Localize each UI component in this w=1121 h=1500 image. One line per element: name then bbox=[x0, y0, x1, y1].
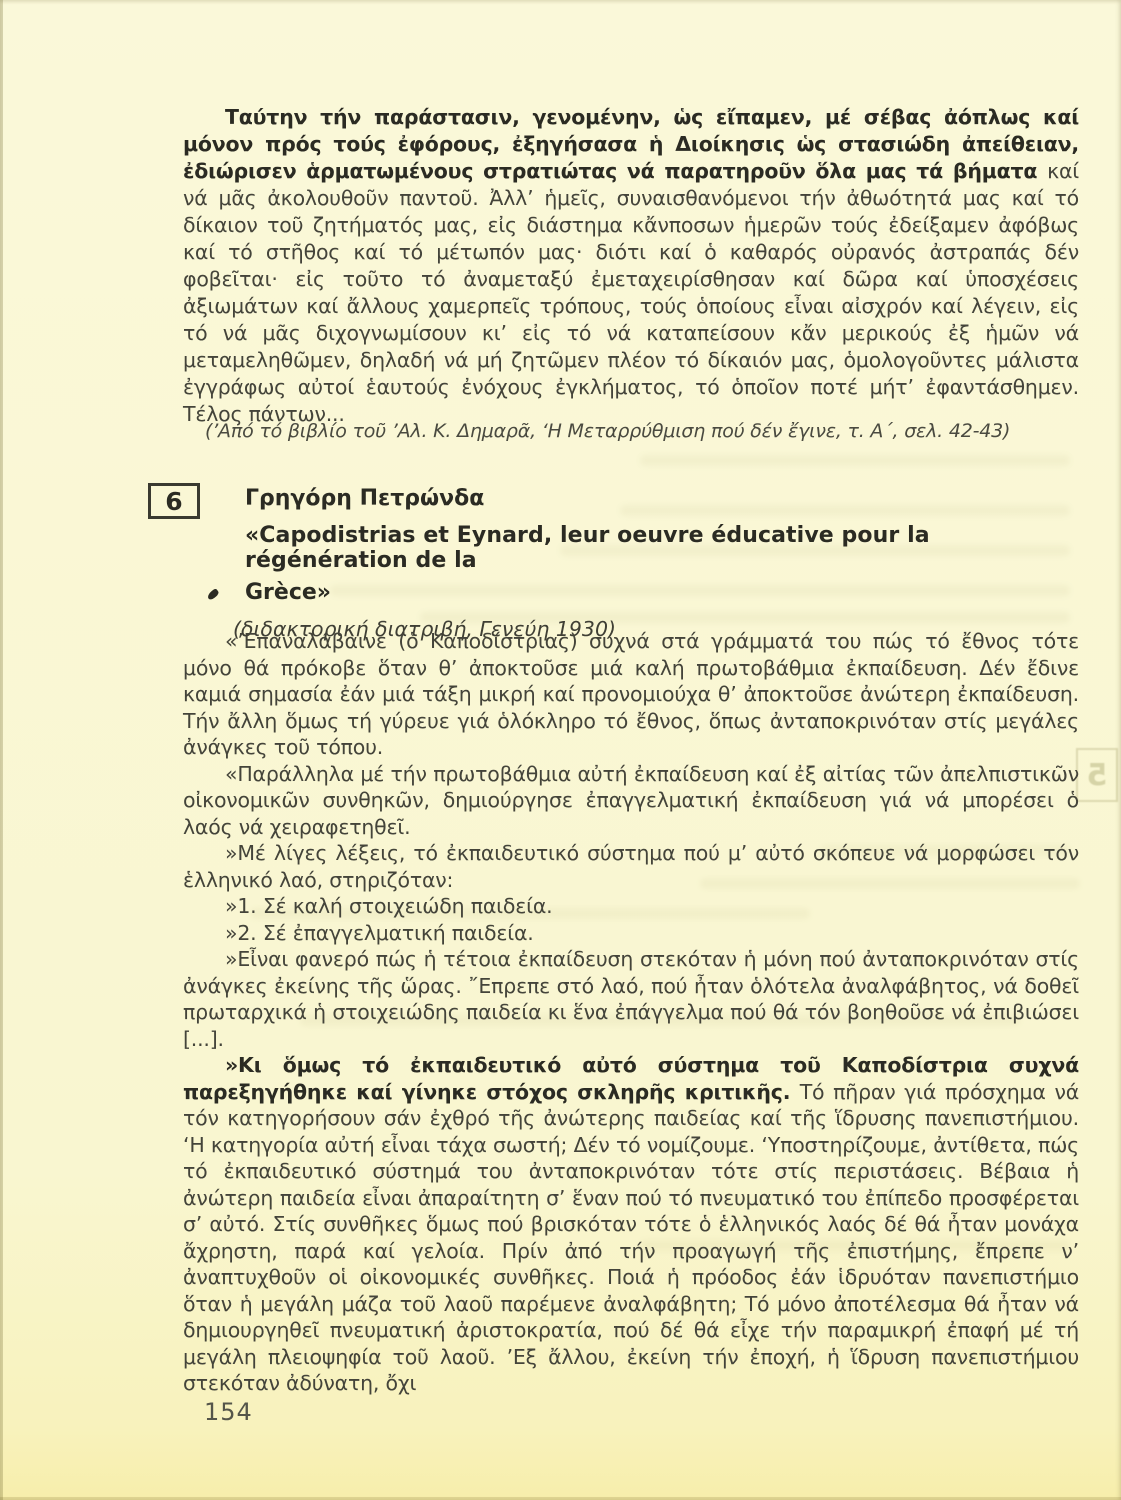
body-paragraph-3: »Μέ λίγες λέξεις, τό ἐκπαιδευτικό σύστημ… bbox=[183, 840, 1079, 893]
section-heading-lines: Γρηγόρη Πετρώνδα «Capodistrias et Eynard… bbox=[245, 486, 1079, 641]
body-paragraph-1: «’Επαναλάβαινε (ὁ Καποδίστριας) συχνά στ… bbox=[183, 628, 1079, 761]
body-paragraph-2: «Παράλληλα μέ τήν πρωτοβάθμια αὐτή ἐκπαί… bbox=[183, 761, 1079, 841]
body-text-block: «’Επαναλάβαινε (ὁ Καποδίστριας) συχνά στ… bbox=[183, 628, 1079, 1397]
intro-quote-block: Ταύτην τήν παράστασιν, γενομένην, ὡς εἴπ… bbox=[183, 104, 1079, 428]
source-citation: (’Από τό βιβλίο τοῦ ’Αλ. Κ. Δημαρᾶ, ‘Η Μ… bbox=[205, 420, 1079, 442]
section-title-line2: Grèce» bbox=[245, 580, 1079, 605]
body-paragraph-4: »Εἶναι φανερό πώς ἡ τέτοια ἐκπαίδευση στ… bbox=[183, 946, 1079, 1052]
body-list-item-1: »1. Σέ καλή στοιχειώδη παιδεία. bbox=[183, 893, 1079, 920]
body-paragraph-5: »Κι ὅμως τό ἐκπαιδευτικό αὐτό σύστημα το… bbox=[183, 1052, 1079, 1397]
section-number: 6 bbox=[165, 487, 182, 516]
section-heading: 6 Γρηγόρη Πετρώνδα «Capodistrias et Eyna… bbox=[148, 480, 1079, 641]
body-paragraph-5-rest: Τό πῆραν γιά πρόσχημα νά τόν κατηγορήσου… bbox=[183, 1080, 1079, 1396]
intro-quote-bold-lead: Ταύτην τήν παράστασιν, γενομένην, ὡς εἴπ… bbox=[183, 105, 1079, 183]
page-number: 154 bbox=[204, 1398, 253, 1426]
section-author: Γρηγόρη Πετρώνδα bbox=[245, 486, 1079, 511]
intro-quote-paragraph: Ταύτην τήν παράστασιν, γενομένην, ὡς εἴπ… bbox=[183, 104, 1079, 428]
show-through-smudge bbox=[640, 455, 1070, 466]
section-number-box: 6 bbox=[148, 483, 200, 519]
body-list-item-2: »2. Σέ ἐπαγγελματική παιδεία. bbox=[183, 920, 1079, 947]
bullet-mark-icon bbox=[206, 588, 220, 601]
reverse-page-ghost-number: 5 bbox=[1087, 758, 1108, 793]
section-title-line2-text: Grèce» bbox=[245, 580, 331, 605]
scanned-page: 5 Ταύτην τήν παράστασιν, γενομένην, ὡς ε… bbox=[0, 0, 1121, 1500]
intro-quote-rest: καί νά μᾶς ἀκολουθοῦν παντοῦ. Ἀλλ’ ἡμεῖς… bbox=[183, 159, 1079, 426]
reverse-page-ghost-number-box: 5 bbox=[1076, 748, 1118, 802]
section-title-line1: «Capodistrias et Eynard, leur oeuvre édu… bbox=[245, 523, 1079, 573]
